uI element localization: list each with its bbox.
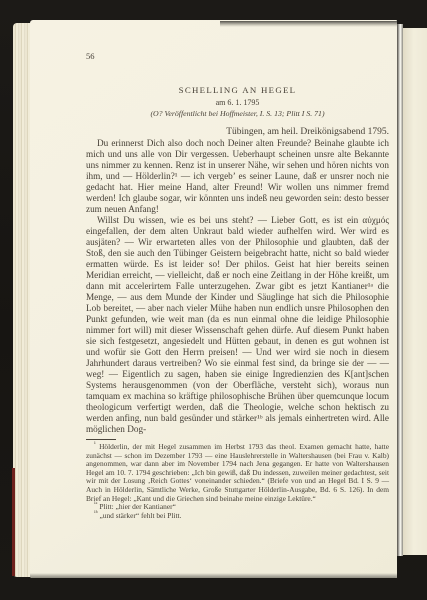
- book-page: 56 SCHELLING AN HEGEL am 6. 1. 1795 (O? …: [30, 20, 397, 578]
- footnote-1b: ¹ᵇ „und stärker“ fehlt bei Plitt.: [86, 512, 389, 521]
- book-cover-edge: [12, 468, 15, 576]
- footnotes-block: ¹ Hölderlin, der mit Hegel zusammen im H…: [86, 443, 389, 520]
- facing-page-edge: [403, 28, 427, 555]
- letter-source-note: (O? Veröffentlicht bei Hoffmeister, I. S…: [86, 109, 389, 118]
- book-scan: 56 SCHELLING AN HEGEL am 6. 1. 1795 (O? …: [0, 0, 427, 600]
- page-bottom-edge: [30, 573, 397, 578]
- page-number: 56: [86, 52, 389, 61]
- footnote-1b-text: „und stärker“ fehlt bei Plitt.: [100, 511, 182, 520]
- page-content: 56 SCHELLING AN HEGEL am 6. 1. 1795 (O? …: [86, 52, 389, 520]
- letter-date: am 6. 1. 1795: [86, 98, 389, 107]
- footnote-1-text: Hölderlin, der mit Hegel zusammen im Her…: [86, 442, 389, 503]
- page-top-edge: [220, 21, 397, 27]
- letter-title: SCHELLING AN HEGEL: [86, 85, 389, 95]
- letter-dateline: Tübingen, am heil. Dreikönigsabend 1795.: [86, 127, 389, 138]
- footnote-1b-marker: ¹ᵇ: [94, 510, 98, 516]
- letter-paragraph-1: Du erinnerst Dich also doch noch Deiner …: [86, 138, 389, 215]
- footnote-1-marker: ¹: [94, 442, 96, 448]
- footnote-1: ¹ Hölderlin, der mit Hegel zusammen im H…: [86, 443, 389, 503]
- footnote-rule: [86, 439, 116, 440]
- footnote-1a-marker: ¹ᵃ: [94, 502, 97, 508]
- letter-paragraph-2: Willst Du wissen, wie es bei uns steht? …: [86, 215, 389, 435]
